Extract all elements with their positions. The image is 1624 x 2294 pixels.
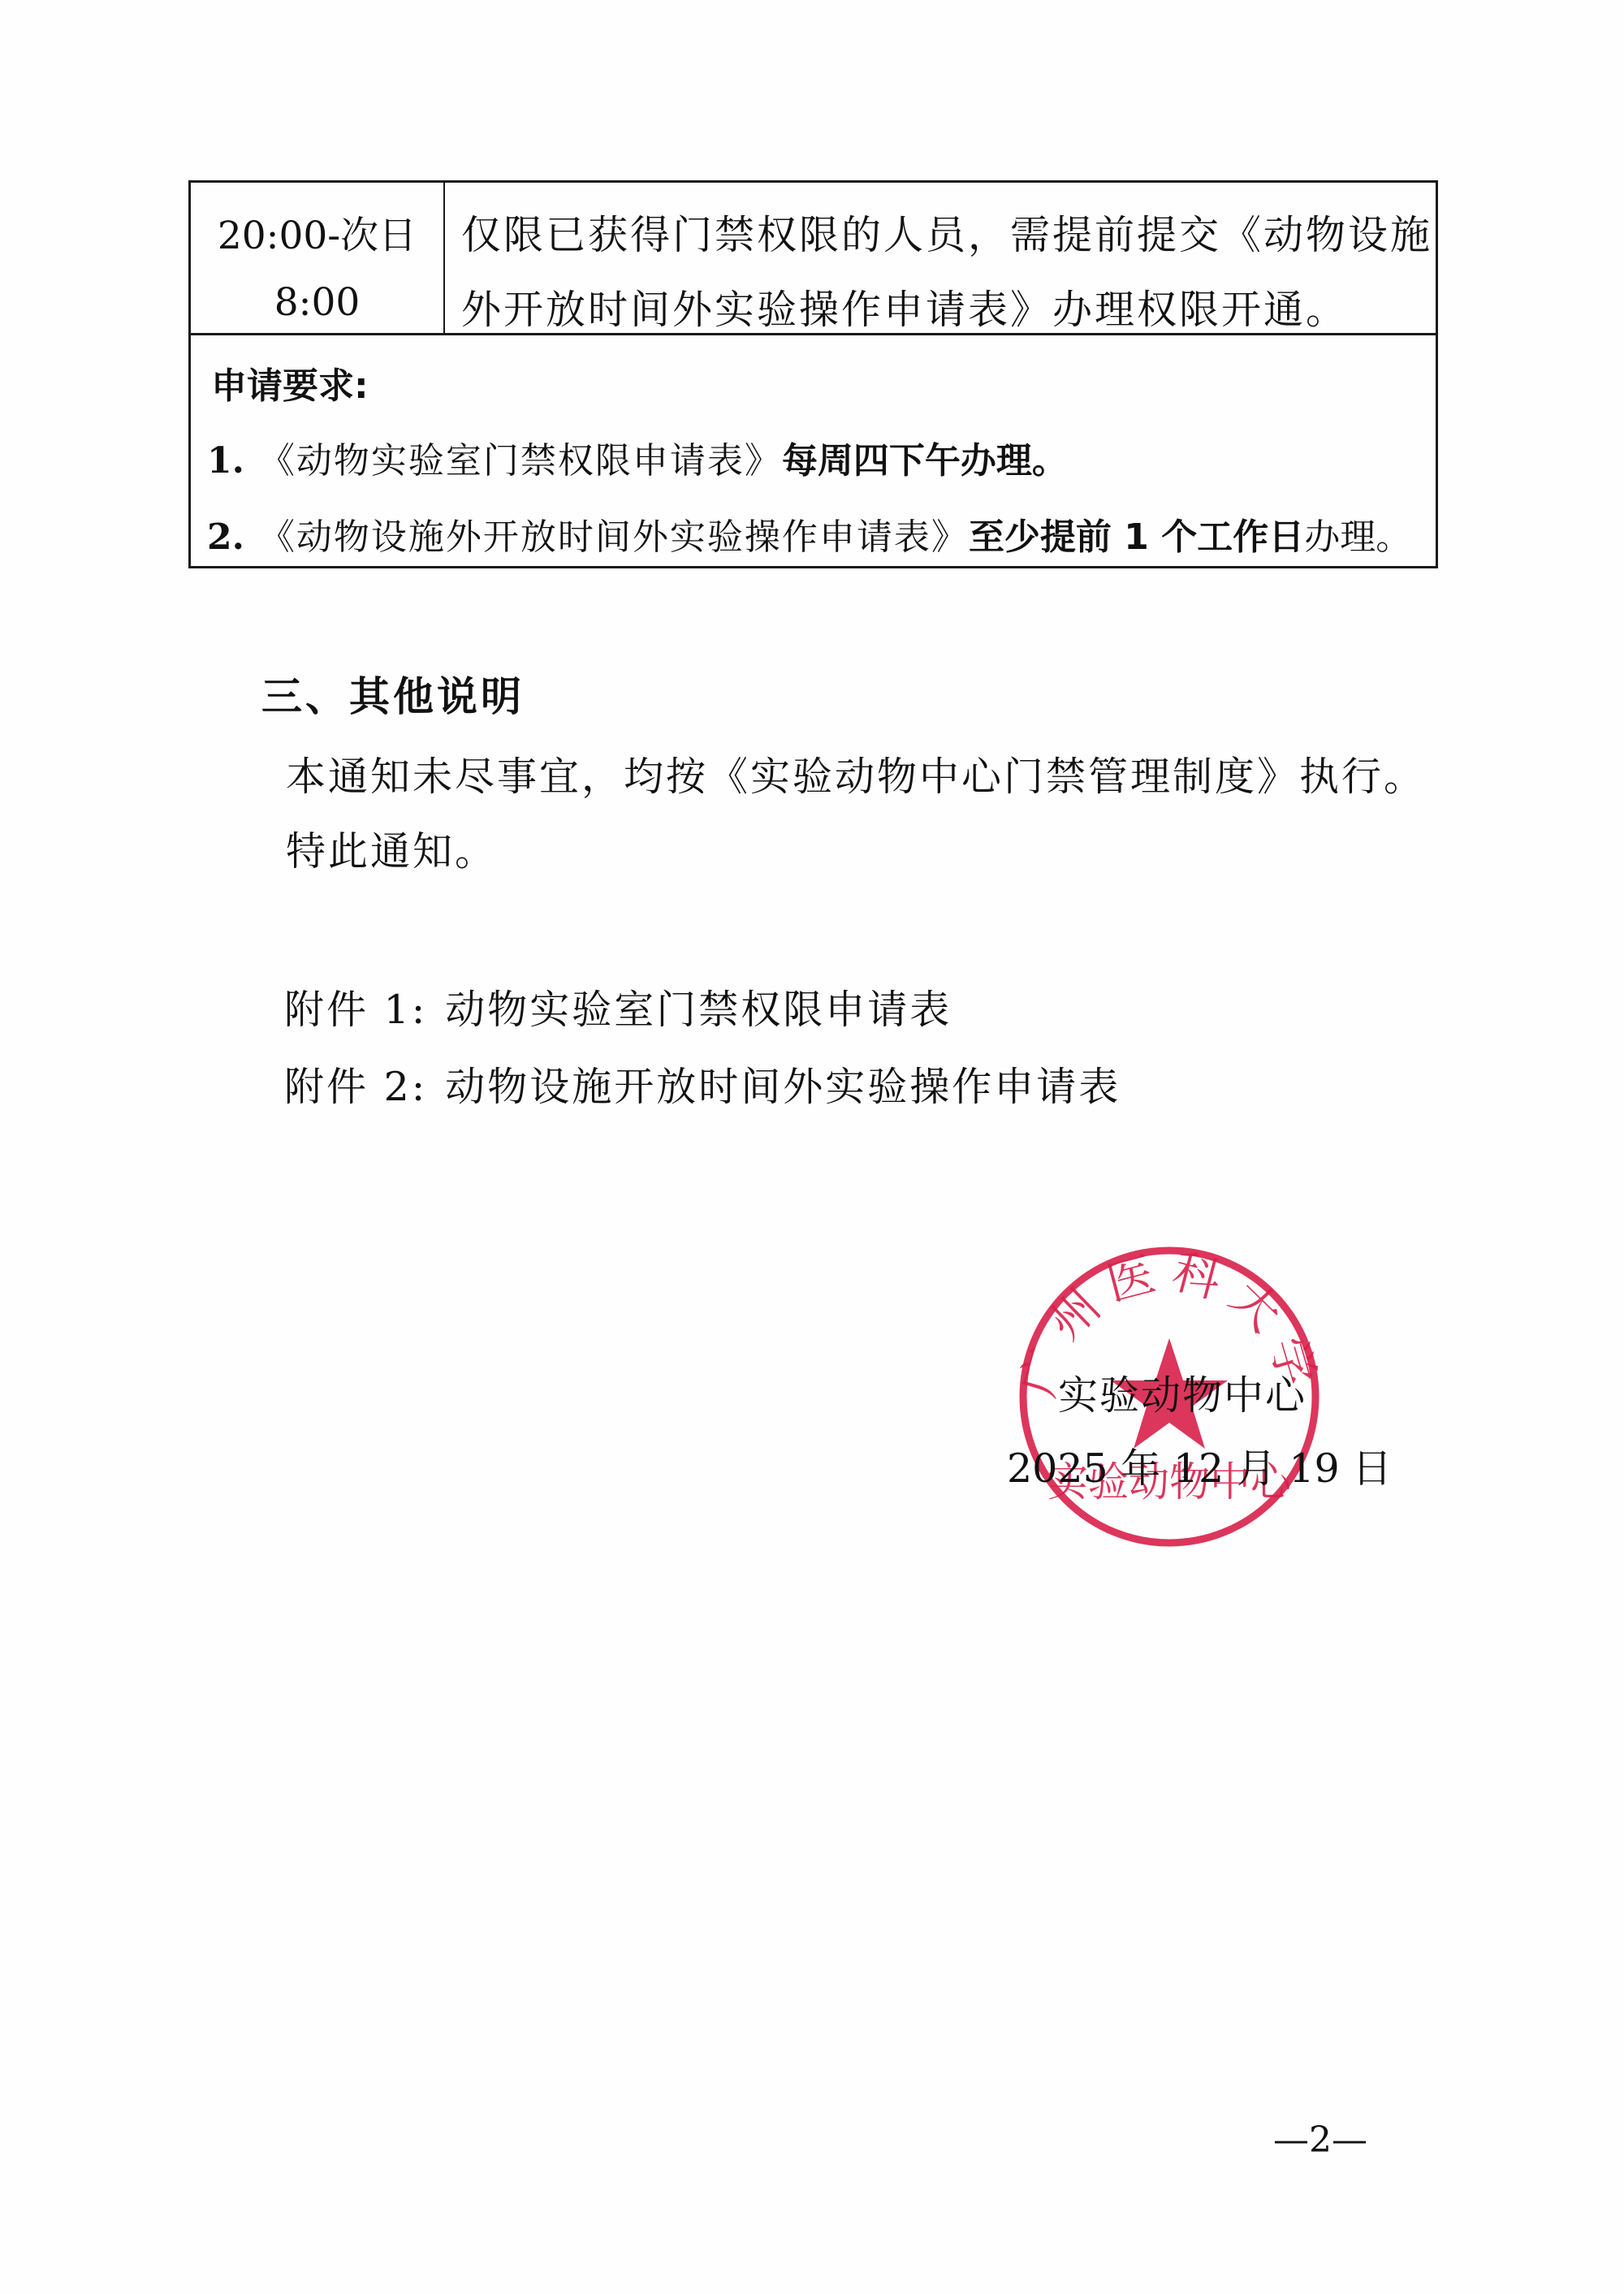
requirement-item: 1.《动物实验室门禁权限申请表》每周四下午办理。 xyxy=(207,431,1068,483)
schedule-table: 20:00-次日 8:00 仅限已获得门禁权限的人员，需提前提交《动物设施 外开… xyxy=(188,180,1438,568)
signature-organization: 实验动物中心 xyxy=(1058,1364,1307,1421)
description-line-1: 仅限已获得门禁权限的人员，需提前提交《动物设施 xyxy=(461,204,1432,261)
signature-date: 2025 年 12 月 19 日 xyxy=(1007,1437,1392,1494)
form-name: 《动物设施外开放时间外实验操作申请表》 xyxy=(259,516,969,558)
section-title: 三、其他说明 xyxy=(261,664,525,723)
description-cell: 仅限已获得门禁权限的人员，需提前提交《动物设施 外开放时间外实验操作申请表》办理… xyxy=(445,183,1436,333)
item-number: 2. xyxy=(207,516,244,558)
time-line-1: 20:00-次日 xyxy=(191,205,443,260)
document-page: 20:00-次日 8:00 仅限已获得门禁权限的人员，需提前提交《动物设施 外开… xyxy=(0,0,1624,2294)
attachment-name: 动物实验室门禁权限申请表 xyxy=(445,987,952,1033)
paragraph: 本通知未尽事宜，均按《实验动物中心门禁管理制度》执行。 xyxy=(286,745,1426,802)
time-cell: 20:00-次日 8:00 xyxy=(191,183,445,333)
requirement-tail: 办理。 xyxy=(1304,516,1411,558)
page-number: —2— xyxy=(1273,2119,1367,2161)
requirements-title: 申请要求: xyxy=(211,356,369,408)
paragraph: 特此通知。 xyxy=(286,820,497,877)
attachment-label: 附件 2: xyxy=(284,1064,427,1110)
attachment-label: 附件 1: xyxy=(284,987,427,1033)
description-line-2: 外开放时间外实验操作申请表》办理权限开通。 xyxy=(461,279,1348,335)
form-name: 《动物实验室门禁权限申请表》 xyxy=(259,440,782,482)
time-line-2: 8:00 xyxy=(191,280,443,325)
item-number: 1. xyxy=(207,440,244,482)
attachment-item: 附件 1:动物实验室门禁权限申请表 xyxy=(284,979,952,1035)
attachment-name: 动物设施开放时间外实验操作申请表 xyxy=(445,1064,1121,1110)
requirement-item: 2.《动物设施外开放时间外实验操作申请表》至少提前 1 个工作日办理。 xyxy=(207,508,1411,559)
table-row-night: 20:00-次日 8:00 仅限已获得门禁权限的人员，需提前提交《动物设施 外开… xyxy=(191,183,1436,335)
requirement-rule: 每周四下午办理。 xyxy=(782,440,1068,482)
requirements-cell: 申请要求: 1.《动物实验室门禁权限申请表》每周四下午办理。 2.《动物设施外开… xyxy=(191,335,1436,566)
attachment-item: 附件 2:动物设施开放时间外实验操作申请表 xyxy=(284,1056,1121,1112)
requirement-rule: 至少提前 1 个工作日 xyxy=(969,516,1304,558)
